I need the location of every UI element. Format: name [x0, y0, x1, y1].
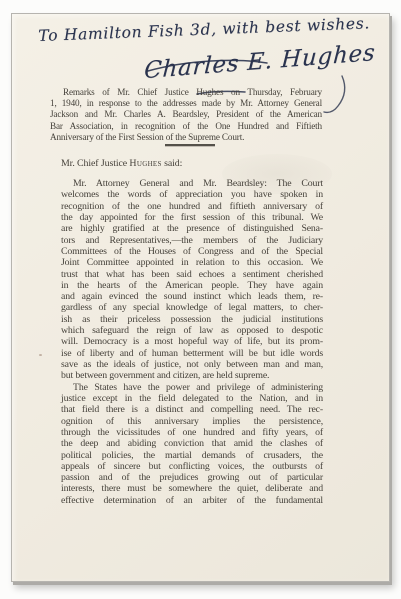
body-column: Mr. Attorney General and Mr. Beardsley: … — [61, 178, 323, 506]
document-page: To Hamilton Fish 3d, with best wishes. C… — [11, 13, 390, 582]
handwritten-signature: Charles E. Hughes — [143, 40, 376, 84]
text-line: Remarks of Mr. Chief Justice Hughes on T… — [50, 87, 322, 98]
text-line: Anniversary of the First Session of the … — [50, 132, 322, 143]
text-line: the day appointed for the first session … — [61, 212, 323, 223]
text-line: the deep and abiding conviction that ami… — [61, 438, 323, 449]
text-line: Joint Committee appointed in relation to… — [61, 257, 323, 268]
text-line: gardless of any special knowledge of leg… — [61, 302, 323, 313]
text-line: but between government and citizen, are … — [61, 370, 323, 381]
salutation-line: Mr. Chief Justice Hughes said: — [61, 158, 182, 169]
text-line: Bar Association, in recognition of the O… — [50, 121, 322, 132]
text-line: in the hearts of the American people. Th… — [61, 280, 323, 291]
salutation-name: Hughes — [129, 158, 161, 169]
photo-background: To Hamilton Fish 3d, with best wishes. C… — [0, 0, 401, 599]
text-line: interests, there must be somewhere the q… — [61, 483, 323, 494]
text-line: welcomes the words of appreciation you h… — [61, 189, 323, 200]
headnote-block: Remarks of Mr. Chief Justice Hughes on T… — [50, 87, 322, 143]
text-line: The States have the power and privilege … — [61, 382, 323, 393]
text-line: ish as their priceless possession the ju… — [61, 314, 323, 325]
text-line: passion and of the prejudices growing ou… — [61, 472, 323, 483]
text-line: are highly gratified at the presence of … — [61, 223, 323, 234]
text-line: ise of liberty and of human betterment w… — [61, 348, 323, 359]
text-line: through the vicissitudes of one hundred … — [61, 427, 323, 438]
text-line: Jackson and Mr. Charles A. Beardsley, Pr… — [50, 109, 322, 120]
salutation-prefix: Mr. Chief Justice — [61, 158, 129, 169]
text-line: ognition of this anniversary implies the… — [61, 416, 323, 427]
text-line: appeals of sincere but conflicting voice… — [61, 461, 323, 472]
text-line: tors and Representatives,—the members of… — [61, 235, 323, 246]
text-line: Mr. Attorney General and Mr. Beardsley: … — [61, 178, 323, 189]
salutation-suffix: said: — [162, 158, 183, 169]
text-line: which safeguard the reign of law as oppo… — [61, 325, 323, 336]
text-line: political policies, the martial demands … — [61, 450, 323, 461]
text-line: save as the ideals of justice, not only … — [61, 359, 323, 370]
text-line: will. Democracy is a most hopeful way of… — [61, 336, 323, 347]
paragraph-2: The States have the power and privilege … — [61, 382, 323, 506]
text-line: 1, 1940, in response to the addresses ma… — [50, 98, 322, 109]
paragraph-1: Mr. Attorney General and Mr. Beardsley: … — [61, 178, 323, 382]
text-line: trust that what has been said echoes a s… — [61, 269, 323, 280]
text-line: effective determination of an arbiter of… — [61, 495, 323, 506]
text-line: that field there is a distinct and compe… — [61, 404, 323, 415]
divider-rule — [165, 144, 215, 146]
ink-speck — [39, 354, 42, 356]
text-line: justice except in the field delegated to… — [61, 393, 323, 404]
text-line: Committees of the Houses of Congress and… — [61, 246, 323, 257]
text-line: and again evinced the sound instinct whi… — [61, 291, 323, 302]
handwritten-dedication: To Hamilton Fish 3d, with best wishes. — [38, 14, 370, 45]
text-line: recognition of the one hundred and fifti… — [61, 201, 323, 212]
